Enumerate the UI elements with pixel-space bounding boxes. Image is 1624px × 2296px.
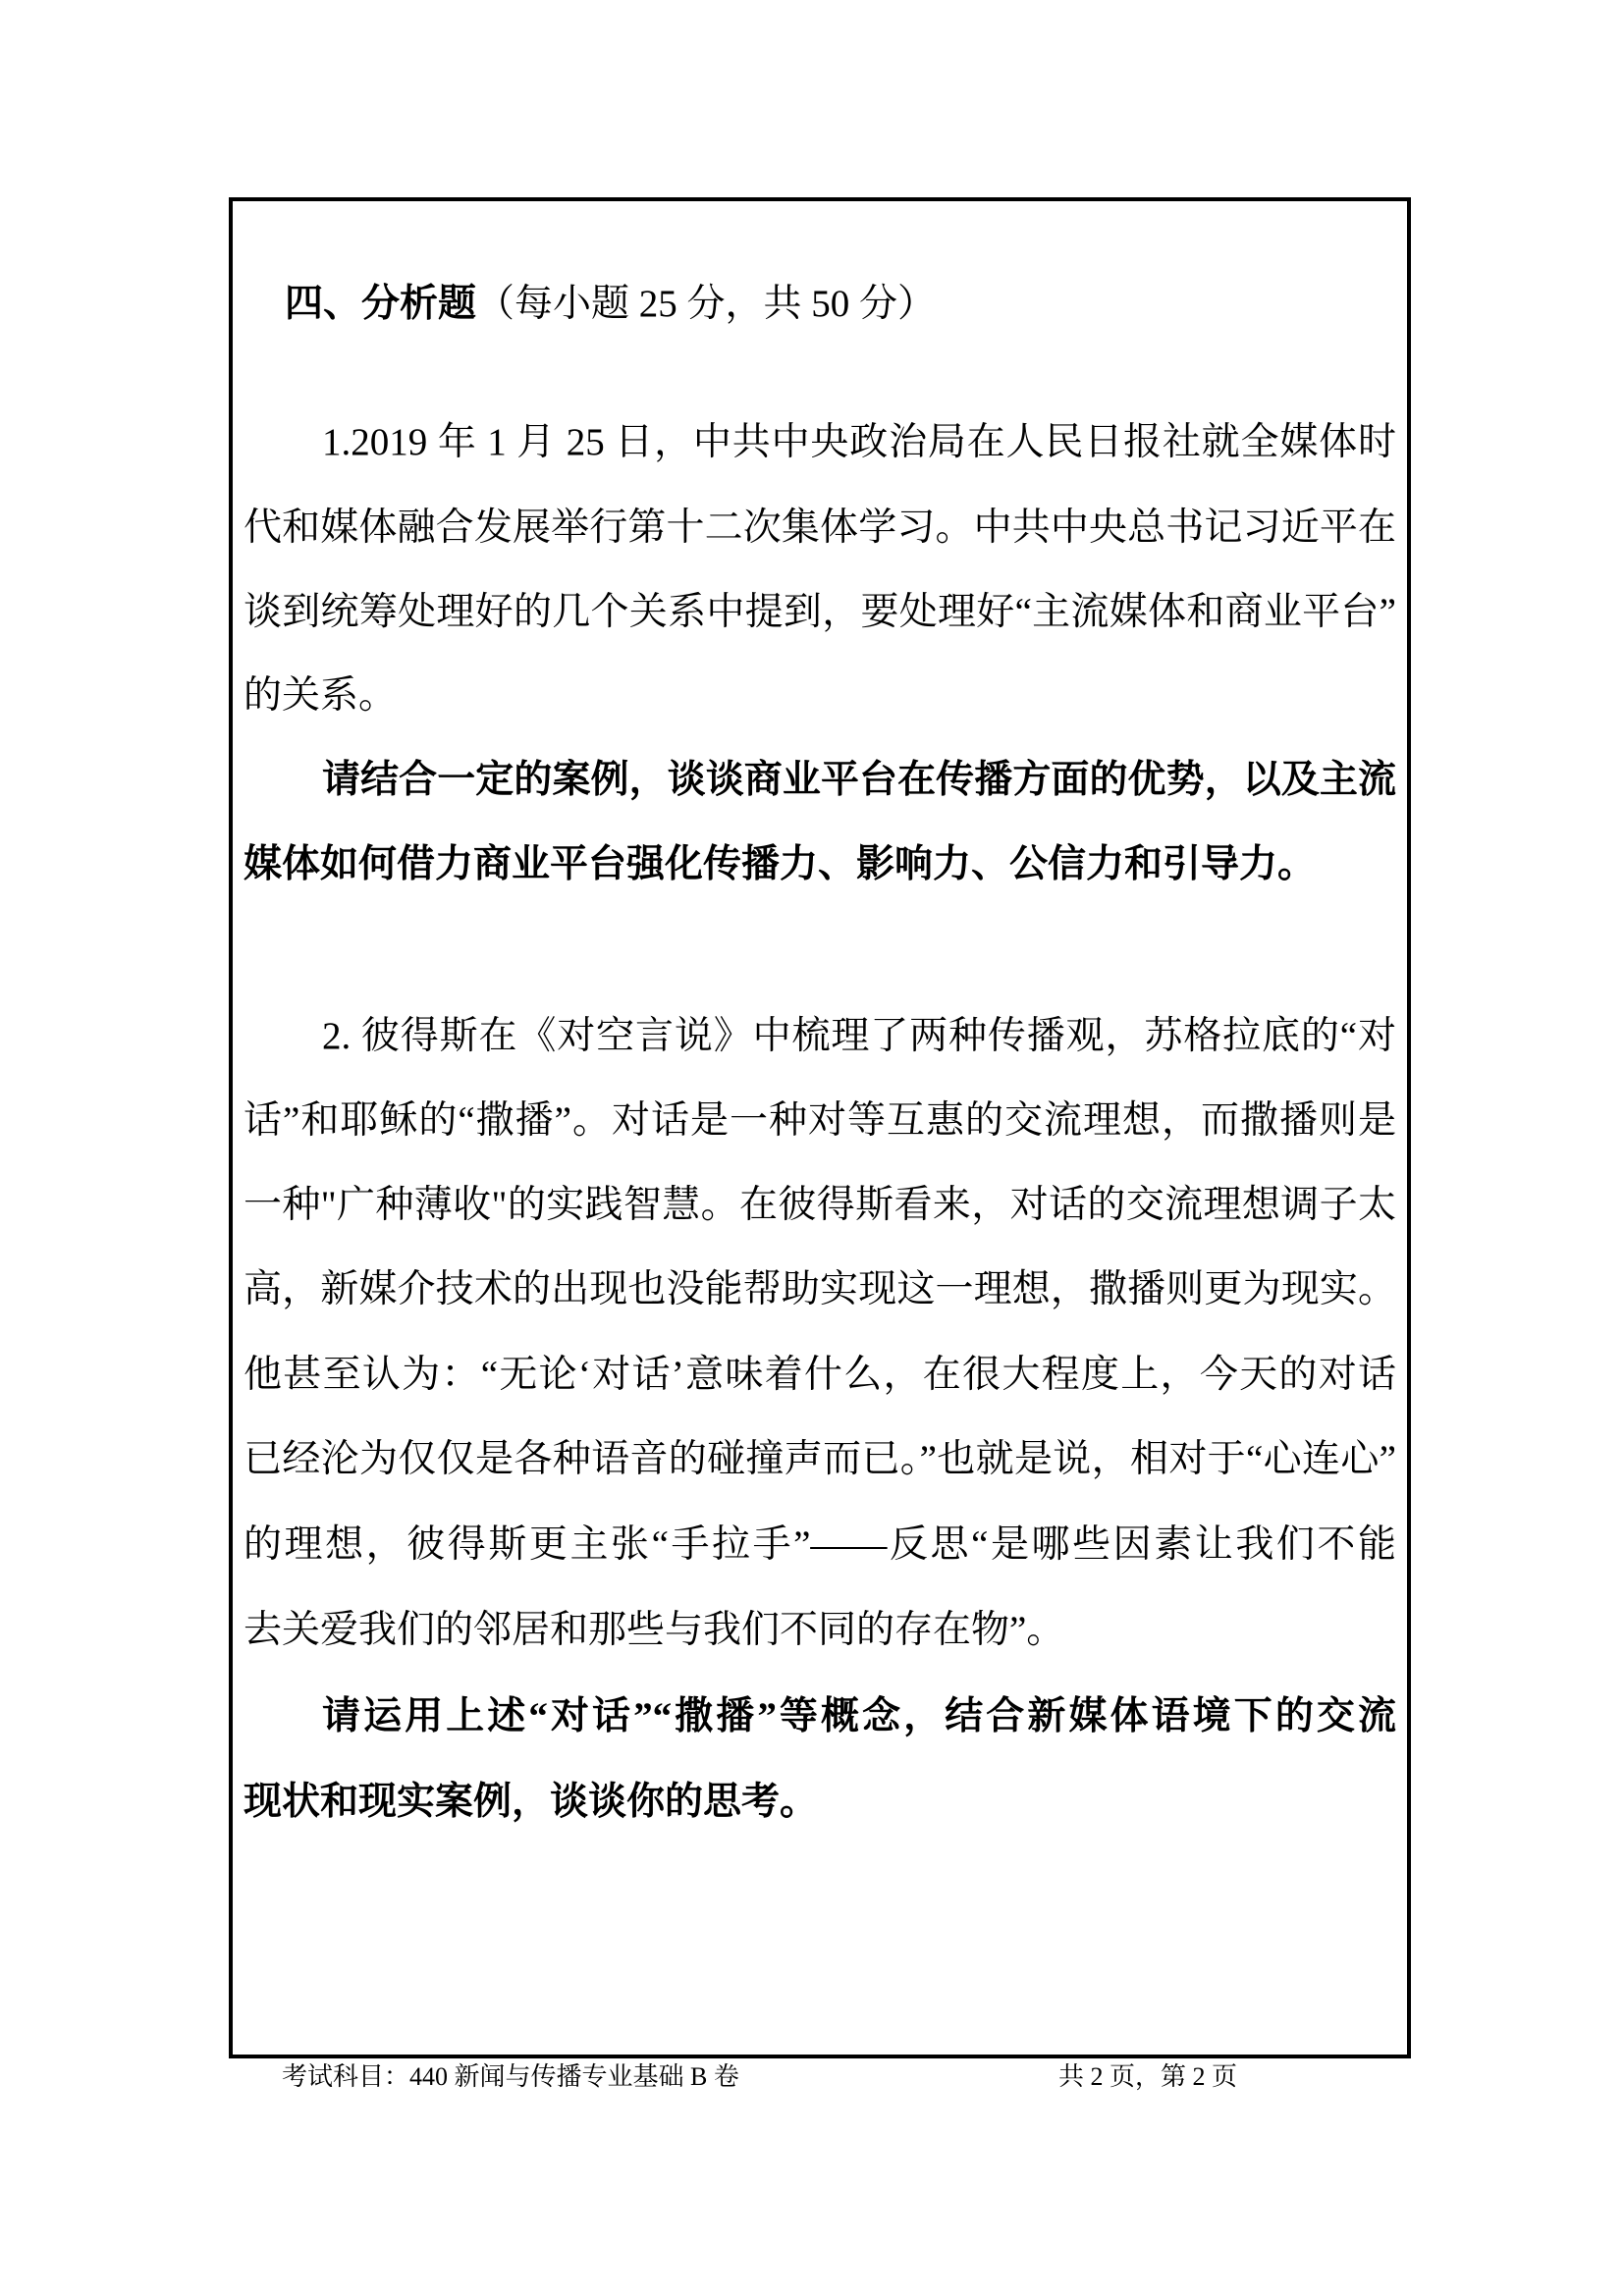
section-heading: 四、分析题（每小题 25 分，共 50 分） bbox=[244, 280, 1396, 328]
question1-line: 谈到统筹处理好的几个关系中提到，要处理好“主流媒体和商业平台” bbox=[244, 588, 1396, 636]
question1-line: 代和媒体融合发展举行第十二次集体学习。中共中央总书记习近平在 bbox=[244, 504, 1396, 552]
section-heading-title: 四、分析题 bbox=[285, 283, 476, 325]
question1-task-line: 媒体如何借力商业平台强化传播力、影响力、公信力和引导力。 bbox=[244, 840, 1396, 888]
question2-line: 去关爱我们的邻居和那些与我们不同的存在物”。 bbox=[244, 1606, 1396, 1654]
question2-line: 2. 彼得斯在《对空言说》中梳理了两种传播观，苏格拉底的“对 bbox=[244, 1012, 1396, 1060]
question2-line: 一种"广种薄收"的实践智慧。在彼得斯看来，对话的交流理想调子太 bbox=[244, 1181, 1396, 1229]
exam-page: 四、分析题（每小题 25 分，共 50 分） 1.2019 年 1 月 25 日… bbox=[0, 0, 1624, 2296]
footer-exam-subject: 考试科目：440 新闻与传播专业基础 B 卷 bbox=[282, 2061, 739, 2093]
question2-task-line: 现状和现实案例，谈谈你的思考。 bbox=[244, 1778, 1396, 1826]
question2-line: 高，新媒介技术的出现也没能帮助实现这一理想，撒播则更为现实。 bbox=[244, 1265, 1396, 1313]
question2-line: 话”和耶稣的“撒播”。对话是一种对等互惠的交流理想，而撒播则是 bbox=[244, 1096, 1396, 1145]
question2-line: 已经沦为仅仅是各种语音的碰撞声而已。”也就是说，相对于“心连心” bbox=[244, 1435, 1396, 1483]
question2-line: 他甚至认为：“无论‘对话’意味着什么，在很大程度上，今天的对话 bbox=[244, 1351, 1396, 1399]
question1-line: 的关系。 bbox=[244, 671, 1396, 720]
question2-line: 的理想，彼得斯更主张“手拉手”——反思“是哪些因素让我们不能 bbox=[244, 1521, 1396, 1569]
question1-line: 1.2019 年 1 月 25 日，中共中央政治局在人民日报社就全媒体时 bbox=[244, 418, 1396, 466]
question1-task-line: 请结合一定的案例，谈谈商业平台在传播方面的优势，以及主流 bbox=[244, 756, 1396, 804]
section-heading-note: （每小题 25 分，共 50 分） bbox=[476, 283, 936, 325]
question2-task-line: 请运用上述“对话”“撒播”等概念，结合新媒体语境下的交流 bbox=[244, 1692, 1396, 1740]
footer-page-number: 共 2 页，第 2 页 bbox=[1058, 2061, 1237, 2093]
